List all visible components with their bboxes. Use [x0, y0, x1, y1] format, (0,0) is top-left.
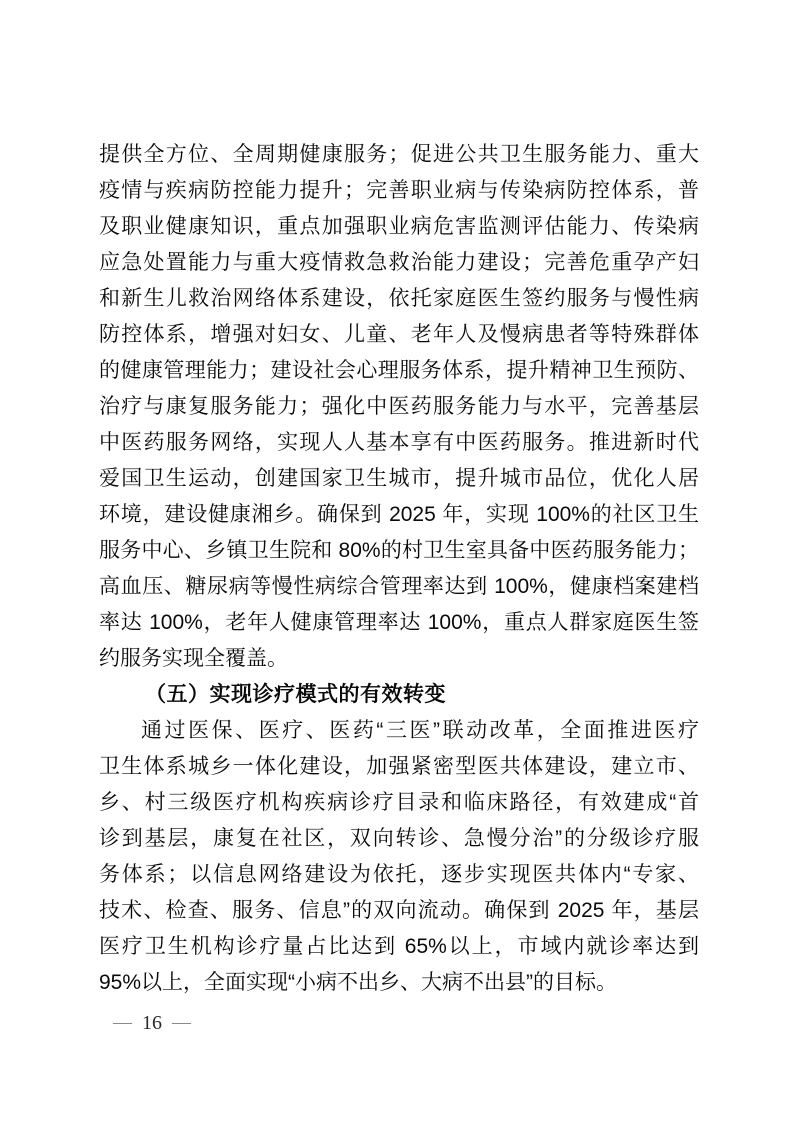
- document-page: 提供全方位、全周期健康服务；促进公共卫生服务能力、重大 疫情与疾病防控能力提升；…: [0, 0, 793, 1122]
- section-heading: （五）实现诊疗模式的有效转变: [99, 677, 699, 713]
- footer-dash-left: —: [113, 1008, 132, 1038]
- page-number: 16: [142, 1008, 162, 1038]
- paragraph-line: 医疗卫生机构诊疗量占比达到 65%以上，市域内就诊率达到: [99, 929, 699, 965]
- paragraph-last-line: 约服务实现全覆盖。: [99, 641, 699, 677]
- footer: — 16 —: [113, 1008, 191, 1038]
- paragraph-line: 及职业健康知识，重点加强职业病危害监测评估能力、传染病: [99, 209, 699, 245]
- paragraph-line: 服务中心、乡镇卫生院和 80%的村卫生室具备中医药服务能力；: [99, 533, 699, 569]
- paragraph-line: 防控体系，增强对妇女、儿童、老年人及慢病患者等特殊群体: [99, 317, 699, 353]
- paragraph-line: 环境，建设健康湘乡。确保到 2025 年，实现 100%的社区卫生: [99, 497, 699, 533]
- paragraph-line: 疫情与疾病防控能力提升；完善职业病与传染病防控体系，普: [99, 173, 699, 209]
- paragraph-line: 诊到基层，康复在社区，双向转诊、急慢分治”的分级诊疗服: [99, 821, 699, 857]
- paragraph-line: 的健康管理能力；建设社会心理服务体系，提升精神卫生预防、: [99, 353, 699, 389]
- body-text: 提供全方位、全周期健康服务；促进公共卫生服务能力、重大 疫情与疾病防控能力提升；…: [99, 137, 699, 1001]
- paragraph-first-line: 通过医保、医疗、医药“三医”联动改革，全面推进医疗: [99, 713, 699, 749]
- paragraph-line: 和新生儿救治网络体系建设，依托家庭医生签约服务与慢性病: [99, 281, 699, 317]
- footer-dash-right: —: [172, 1008, 191, 1038]
- paragraph-line: 爱国卫生运动，创建国家卫生城市，提升城市品位，优化人居: [99, 461, 699, 497]
- paragraph-line: 卫生体系城乡一体化建设，加强紧密型医共体建设，建立市、: [99, 749, 699, 785]
- paragraph-line: 务体系；以信息网络建设为依托，逐步实现医共体内“专家、: [99, 857, 699, 893]
- paragraph-line: 率达 100%，老年人健康管理率达 100%，重点人群家庭医生签: [99, 605, 699, 641]
- paragraph-line: 乡、村三级医疗机构疾病诊疗目录和临床路径，有效建成“首: [99, 785, 699, 821]
- paragraph-line: 技术、检查、服务、信息”的双向流动。确保到 2025 年，基层: [99, 893, 699, 929]
- paragraph-line: 高血压、糖尿病等慢性病综合管理率达到 100%，健康档案建档: [99, 569, 699, 605]
- paragraph-last-line: 95%以上，全面实现“小病不出乡、大病不出县”的目标。: [99, 965, 699, 1001]
- paragraph-line: 提供全方位、全周期健康服务；促进公共卫生服务能力、重大: [99, 137, 699, 173]
- paragraph-line: 应急处置能力与重大疫情救急救治能力建设；完善危重孕产妇: [99, 245, 699, 281]
- paragraph-line: 治疗与康复服务能力；强化中医药服务能力与水平，完善基层: [99, 389, 699, 425]
- paragraph-line: 中医药服务网络，实现人人基本享有中医药服务。推进新时代: [99, 425, 699, 461]
